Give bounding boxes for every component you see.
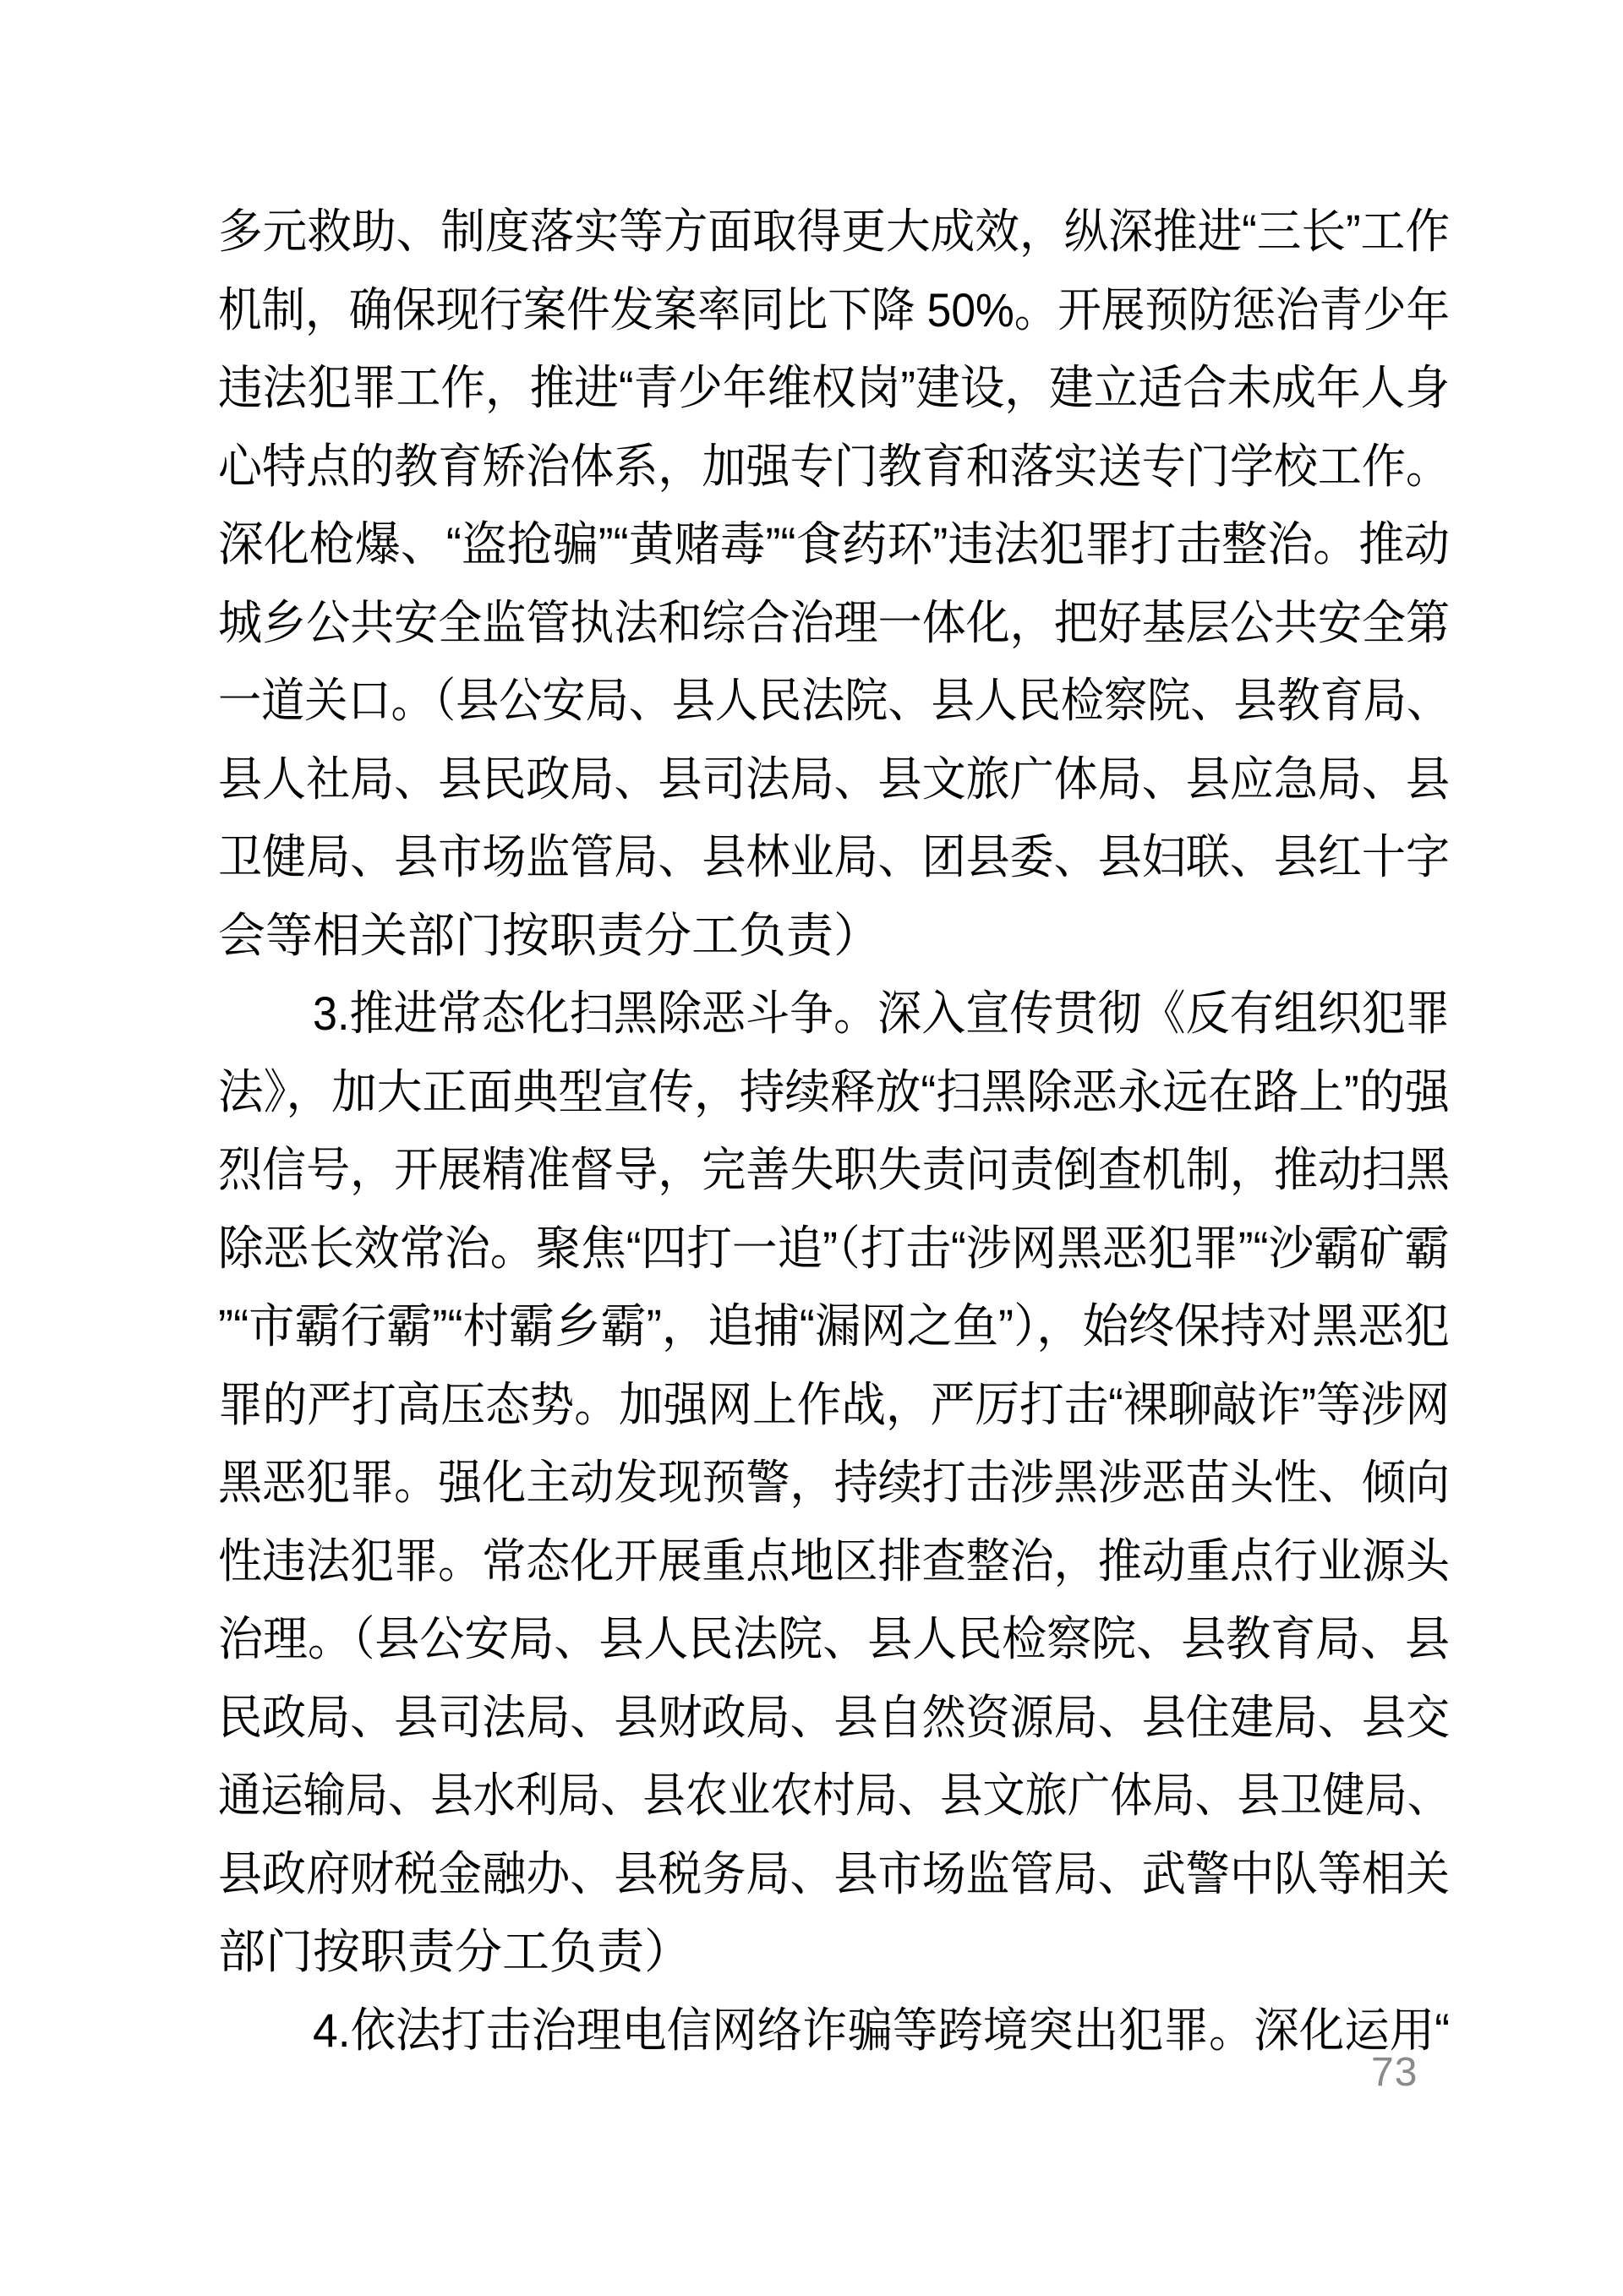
text-line: 除恶长效常治。聚焦“四打一追”（打击“涉网黑恶犯罪”“沙霸矿霸 xyxy=(218,1210,1450,1288)
text-line: 卫健局、县市场监管局、县林业局、团县委、县妇联、县红十字 xyxy=(218,818,1450,897)
text-line: 部门按职责分工负责） xyxy=(218,1913,1450,1992)
text-line: ”“市霸行霸”“村霸乡霸”，追捕“漏网之鱼”），始终保持对黑恶犯 xyxy=(218,1287,1450,1366)
text-line: 法》，加大正面典型宣传，持续释放“扫黑除恶永远在路上”的强 xyxy=(218,1053,1450,1132)
text-line: 罪的严打高压态势。加强网上作战，严厉打击“裸聊敲诈”等涉网 xyxy=(218,1366,1450,1445)
text-line: 黑恶犯罪。强化主动发现预警，持续打击涉黑涉恶苗头性、倾向 xyxy=(218,1444,1450,1522)
page-number: 73 xyxy=(1371,2049,1418,2096)
text-line: 县政府财税金融办、县税务局、县市场监管局、武警中队等相关 xyxy=(218,1835,1450,1914)
text-line: 4.依法打击治理电信网络诈骗等跨境突出犯罪。深化运用“ xyxy=(218,1992,1450,2070)
text-line: 民政局、县司法局、县财政局、县自然资源局、县住建局、县交 xyxy=(218,1679,1450,1758)
text-line: 县人社局、县民政局、县司法局、县文旅广体局、县应急局、县 xyxy=(218,741,1450,819)
text-line: 3.推进常态化扫黑除恶斗争。深入宣传贯彻《反有组织犯罪 xyxy=(218,975,1450,1053)
text-line: 多元救助、制度落实等方面取得更大成效，纵深推进“三长”工作 xyxy=(218,193,1450,271)
text-line: 机制，确保现行案件发案率同比下降 50%。开展预防惩治青少年 xyxy=(218,271,1450,350)
text-line: 心特点的教育矫治体系，加强专门教育和落实送专门学校工作。 xyxy=(218,428,1450,506)
text-line: 违法犯罪工作，推进“青少年维权岗”建设，建立适合未成年人身 xyxy=(218,349,1450,428)
text-line: 治理。（县公安局、县人民法院、县人民检察院、县教育局、县 xyxy=(218,1600,1450,1679)
text-line: 会等相关部门按职责分工负责） xyxy=(218,897,1450,976)
text-body: 多元救助、制度落实等方面取得更大成效，纵深推进“三长”工作机制，确保现行案件发案… xyxy=(218,193,1450,2069)
text-line: 一道关口。（县公安局、县人民法院、县人民检察院、县教育局、 xyxy=(218,662,1450,741)
text-line: 深化枪爆、“盗抢骗”“黄赌毒”“食药环”违法犯罪打击整治。推动 xyxy=(218,506,1450,584)
document-page: 多元救助、制度落实等方面取得更大成效，纵深推进“三长”工作机制，确保现行案件发案… xyxy=(0,0,1623,2296)
text-line: 性违法犯罪。常态化开展重点地区排查整治，推动重点行业源头 xyxy=(218,1522,1450,1601)
text-line: 城乡公共安全监管执法和综合治理一体化，把好基层公共安全第 xyxy=(218,584,1450,663)
text-line: 烈信号，开展精准督导，完善失职失责问责倒查机制，推动扫黑 xyxy=(218,1131,1450,1210)
text-line: 通运输局、县水利局、县农业农村局、县文旅广体局、县卫健局、 xyxy=(218,1757,1450,1835)
